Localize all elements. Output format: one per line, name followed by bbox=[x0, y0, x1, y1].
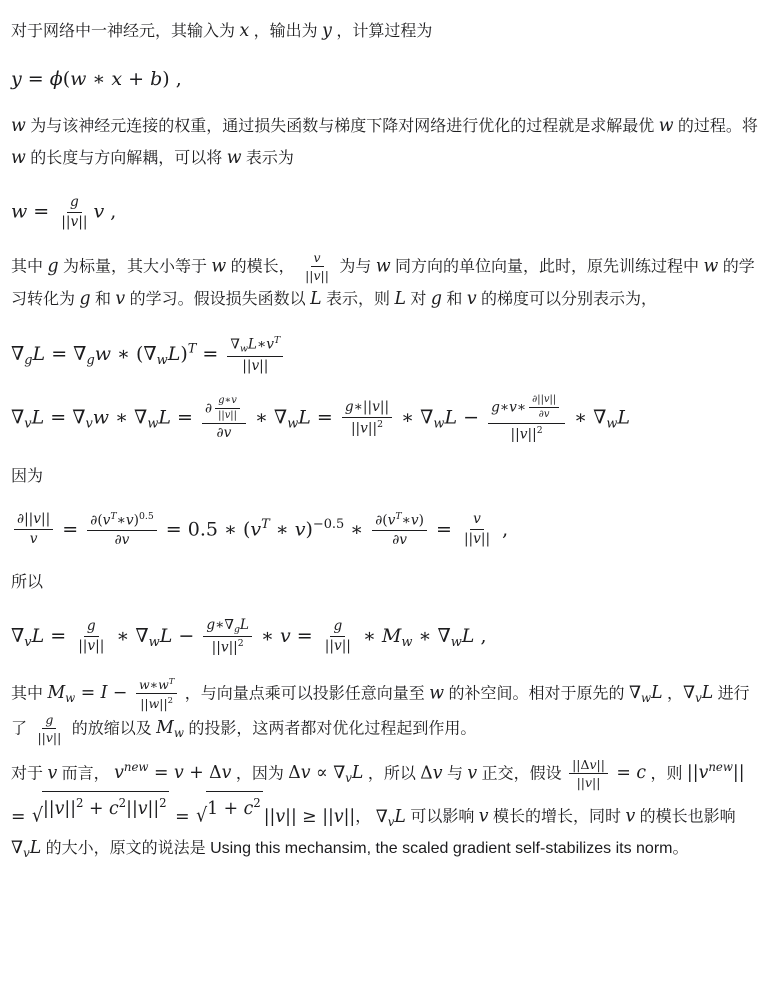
math-var: v bbox=[55, 799, 65, 819]
math-op: ∂( bbox=[375, 512, 387, 528]
subscript: w bbox=[157, 353, 168, 368]
math-op: ) , bbox=[162, 68, 182, 90]
superscript: T bbox=[274, 335, 280, 346]
math-op: || bbox=[342, 638, 351, 654]
text-run: 同方向的单位向量，此时，原先训练过程中 bbox=[391, 258, 704, 275]
text-run: 可以影响 bbox=[406, 809, 479, 826]
paragraph: 因为 bbox=[11, 462, 761, 492]
math-op: ∗ bbox=[86, 68, 111, 90]
sqrt-expression: √1 + c2 bbox=[196, 791, 263, 826]
math-var: v bbox=[30, 531, 38, 547]
math-op: ∝ bbox=[311, 763, 334, 783]
math-var: v bbox=[46, 730, 53, 745]
superscript: 0.5 bbox=[139, 511, 154, 522]
math-fraction: v||v|| bbox=[461, 511, 493, 548]
math-op: ∂ bbox=[205, 400, 212, 416]
math-var: L bbox=[33, 343, 46, 365]
text-run: 对于 bbox=[11, 765, 47, 782]
denominator: ∂v bbox=[112, 531, 133, 549]
inline-math: ∇vL bbox=[683, 683, 713, 703]
text-run: ，所以 bbox=[363, 765, 420, 782]
numerator: ∂||v|| bbox=[14, 511, 53, 530]
inline-math: v bbox=[47, 763, 57, 783]
math-var: g bbox=[47, 256, 58, 276]
math-op: = bbox=[430, 518, 458, 540]
text-run: 而言， bbox=[57, 765, 114, 782]
math-op: || bbox=[64, 799, 76, 819]
paragraph: w 为与该神经元连接的权重，通过损失函数与梯度下降对网络进行优化的过程就是求解最… bbox=[11, 111, 761, 175]
math-var: v bbox=[372, 399, 380, 415]
math-op: ∇ bbox=[134, 407, 147, 429]
math-op: ∗ bbox=[517, 399, 526, 415]
math-var: v bbox=[433, 763, 443, 783]
math-var: v bbox=[345, 771, 352, 785]
text-run: ，与向量点乘可以投影任意向量至 bbox=[180, 685, 429, 702]
math-var: v bbox=[314, 268, 321, 283]
math-op: || bbox=[53, 730, 61, 745]
math-var: y bbox=[11, 68, 22, 90]
math-fraction: g||v|| bbox=[322, 618, 354, 655]
numerator: g∗||v|| bbox=[342, 399, 392, 418]
math-var: v bbox=[24, 417, 31, 432]
subscript: v bbox=[345, 771, 352, 785]
display-formula: ∂||v||v = ∂(vT∗v)0.5∂v = 0.5 ∗ (vT ∗ v)−… bbox=[11, 511, 761, 550]
inline-math: g bbox=[431, 289, 442, 309]
inline-math: g||v|| bbox=[31, 718, 67, 738]
math-op: || bbox=[368, 421, 377, 437]
inline-math: ∇wL bbox=[629, 683, 663, 703]
subscript: v bbox=[85, 417, 92, 432]
math-op: 2 bbox=[168, 695, 173, 705]
math-var: w bbox=[70, 68, 86, 90]
math-var: v bbox=[174, 763, 184, 783]
numerator: ||Δv|| bbox=[569, 757, 608, 775]
math-op: = bbox=[75, 683, 100, 703]
math-var: M bbox=[382, 625, 401, 647]
text-run: 的模长， bbox=[226, 258, 299, 275]
inline-math: g bbox=[47, 256, 58, 276]
math-op: Δ bbox=[420, 763, 432, 783]
text-run: 和 bbox=[442, 291, 467, 308]
math-var: v bbox=[23, 846, 30, 860]
math-var: L bbox=[617, 407, 630, 429]
math-op: ∗ bbox=[257, 336, 266, 352]
math-var: T bbox=[274, 335, 280, 346]
inline-math: w bbox=[227, 148, 242, 168]
text-run: 为与该神经元连接的权重，通过损失函数与梯度下降对网络进行优化的过程就是求解最优 bbox=[26, 118, 659, 135]
math-var: T bbox=[169, 676, 175, 686]
text-run: 其中 bbox=[11, 258, 47, 275]
denominator: ||v|| bbox=[302, 267, 332, 284]
numerator: v bbox=[470, 511, 484, 530]
math-op: || bbox=[95, 638, 104, 654]
denominator: ||v|| bbox=[34, 729, 64, 746]
math-var: w bbox=[433, 417, 444, 432]
math-var: L bbox=[352, 763, 363, 783]
math-var: g bbox=[70, 194, 79, 210]
inline-math: v bbox=[467, 289, 477, 309]
math-op: = bbox=[170, 807, 195, 827]
math-var: g bbox=[491, 399, 500, 415]
math-var: L bbox=[310, 289, 321, 309]
math-var: v bbox=[126, 512, 134, 528]
text-run: 的学习。假设损失函数以 bbox=[125, 291, 310, 308]
math-var: L bbox=[444, 407, 457, 429]
inline-math: w bbox=[11, 116, 26, 136]
math-op: || bbox=[511, 426, 520, 442]
math-var: v bbox=[544, 409, 550, 420]
math-op: ∇ bbox=[230, 336, 240, 352]
inline-math: w bbox=[11, 148, 26, 168]
text-run: ，因为 bbox=[231, 765, 288, 782]
text-run: ， bbox=[355, 809, 375, 826]
math-var: w bbox=[157, 353, 168, 368]
math-fraction: v||v|| bbox=[302, 250, 332, 284]
superscript: 2 bbox=[537, 425, 543, 436]
numerator: g∗∇gL bbox=[203, 617, 252, 638]
math-var: g bbox=[87, 618, 96, 634]
paragraph: 对于 v 而言， vnew = v + Δv ，因为 Δv ∝ ∇vL ，所以 … bbox=[11, 757, 761, 866]
subscript: g bbox=[86, 353, 94, 368]
math-fraction: ∂(vT∗v)0.5∂v bbox=[87, 511, 157, 550]
math-var: g bbox=[206, 617, 215, 633]
display-formula: w = g||v||v , bbox=[11, 194, 761, 231]
math-var: v bbox=[250, 518, 261, 540]
math-var: v bbox=[93, 200, 104, 222]
math-op: || bbox=[325, 638, 334, 654]
math-op: ∗ bbox=[395, 407, 420, 429]
math-op: ∗ bbox=[150, 677, 158, 692]
math-fraction: ∇wL∗vT||v|| bbox=[227, 335, 283, 375]
math-var: new bbox=[708, 761, 733, 775]
math-var: v bbox=[301, 763, 311, 783]
inline-math: v bbox=[467, 763, 477, 783]
math-var: v bbox=[699, 763, 709, 783]
math-op: ∗ bbox=[402, 512, 411, 528]
math-var: L bbox=[32, 625, 45, 647]
math-var: x bbox=[111, 68, 122, 90]
math-var: v bbox=[295, 518, 306, 540]
radical-sign-icon: √ bbox=[32, 806, 43, 825]
subscript: w bbox=[147, 417, 158, 432]
math-var: L bbox=[158, 407, 171, 429]
math-var: L bbox=[168, 343, 181, 365]
math-op: || bbox=[597, 757, 605, 772]
math-fraction: g||v|| bbox=[58, 194, 90, 231]
math-var: v bbox=[275, 807, 285, 827]
math-op: ∇ bbox=[274, 407, 287, 429]
inline-math: Mw bbox=[156, 718, 184, 738]
math-var: M bbox=[156, 718, 174, 738]
math-var: v bbox=[411, 512, 419, 528]
math-var: w bbox=[704, 256, 719, 276]
math-op: ) bbox=[180, 343, 187, 365]
math-op: || bbox=[464, 531, 473, 547]
math-op: 2 bbox=[76, 796, 83, 810]
superscript: new bbox=[708, 761, 733, 775]
math-op: ∇ bbox=[73, 343, 86, 365]
denominator: ||v|| bbox=[239, 357, 271, 375]
superscript: T bbox=[169, 676, 175, 686]
subscript: w bbox=[65, 691, 75, 705]
math-op: = bbox=[44, 625, 72, 647]
math-var: v bbox=[224, 425, 232, 441]
math-op: || bbox=[148, 799, 160, 819]
math-var: b bbox=[150, 68, 162, 90]
math-op: + Δ bbox=[184, 763, 222, 783]
denominator: ||v|| bbox=[322, 637, 354, 655]
math-op: , bbox=[474, 625, 486, 647]
inline-math: w bbox=[704, 256, 719, 276]
text-run: 模长的增长，同时 bbox=[489, 809, 626, 826]
math-var: v bbox=[334, 807, 344, 827]
text-run: 正交，假设 bbox=[477, 765, 566, 782]
math-var: v bbox=[114, 763, 124, 783]
math-op: || bbox=[687, 763, 699, 783]
math-op: + bbox=[84, 799, 109, 819]
math-var: T bbox=[261, 516, 270, 531]
math-op: ( bbox=[63, 68, 70, 90]
math-op: ∇ bbox=[135, 625, 148, 647]
math-fraction: ∂(vT∗v)∂v bbox=[372, 511, 427, 550]
math-op: ∇ bbox=[629, 683, 641, 703]
math-op: − bbox=[107, 683, 132, 703]
math-var: v bbox=[399, 532, 407, 548]
math-fraction: w∗wT||w||2 bbox=[136, 676, 177, 712]
math-var: L bbox=[462, 625, 475, 647]
math-var: v bbox=[222, 763, 232, 783]
text-run: 与 bbox=[443, 765, 468, 782]
math-var: c bbox=[244, 799, 254, 819]
subscript: w bbox=[641, 691, 651, 705]
numerator: w∗wT bbox=[136, 676, 177, 694]
math-op: ∗ bbox=[255, 625, 280, 647]
text-run: ，计算过程为 bbox=[332, 23, 432, 40]
text-run: 的补空间。相对于原先的 bbox=[444, 685, 629, 702]
math-op: || bbox=[126, 799, 138, 819]
math-op: = bbox=[291, 625, 319, 647]
inline-math: x bbox=[239, 21, 249, 41]
math-op: || bbox=[321, 268, 329, 283]
math-op: ∗ bbox=[412, 625, 437, 647]
math-op: || bbox=[577, 775, 585, 790]
math-var: L bbox=[248, 336, 257, 352]
math-fraction: g∗||v||||v||2 bbox=[342, 399, 392, 438]
math-var: y bbox=[322, 21, 332, 41]
math-fraction: g||v|| bbox=[34, 712, 64, 746]
denominator: ||w||2 bbox=[137, 694, 176, 711]
superscript: T bbox=[261, 516, 270, 531]
inline-math: v||v|| bbox=[299, 256, 335, 276]
numerator: g∗v∗∂||v||∂v bbox=[488, 394, 565, 424]
text-run: 对于网络中一神经元，其输入为 bbox=[11, 23, 239, 40]
math-var: g bbox=[333, 618, 342, 634]
math-op: + bbox=[122, 68, 150, 90]
math-op: || bbox=[264, 807, 276, 827]
display-formula: ∇gL = ∇gw ∗ (∇wL)T = ∇wL∗vT||v|| bbox=[11, 335, 761, 375]
math-op: || ≥ || bbox=[285, 807, 334, 827]
math-var: L bbox=[298, 407, 311, 429]
math-var: w bbox=[376, 256, 391, 276]
inline-math: ∇vL bbox=[376, 807, 406, 827]
math-var: w bbox=[211, 256, 226, 276]
numerator: ∂||v|| bbox=[529, 394, 559, 408]
math-op: ∇ bbox=[683, 683, 695, 703]
math-var: L bbox=[160, 625, 173, 647]
denominator: ||v|| bbox=[75, 637, 107, 655]
subscript: v bbox=[24, 417, 31, 432]
inline-math: L bbox=[310, 289, 321, 309]
superscript: 2 bbox=[119, 796, 126, 810]
inline-math: g bbox=[79, 289, 90, 309]
math-var: L bbox=[32, 407, 45, 429]
math-var: ϕ bbox=[50, 68, 63, 90]
numerator: ∂g∗v||v|| bbox=[202, 395, 246, 425]
math-var: v bbox=[33, 511, 41, 527]
subscript: w bbox=[433, 417, 444, 432]
inline-math: L bbox=[394, 289, 405, 309]
numerator: g bbox=[67, 194, 82, 213]
math-var: w bbox=[451, 635, 462, 650]
math-var: v bbox=[334, 638, 342, 654]
subscript: v bbox=[695, 691, 702, 705]
text-run: 的梯度可以分别表示为， bbox=[477, 291, 657, 308]
math-op: ∗ bbox=[110, 625, 135, 647]
math-var: c bbox=[109, 799, 119, 819]
math-var: g bbox=[24, 353, 32, 368]
numerator: g bbox=[42, 712, 56, 730]
numerator: ∇wL∗vT bbox=[227, 335, 283, 357]
inline-math: Δv ∝ ∇vL bbox=[288, 763, 363, 783]
math-op: || bbox=[344, 807, 356, 827]
math-var: c bbox=[636, 763, 646, 783]
text-run: 表示，则 bbox=[322, 291, 395, 308]
math-op: ∇ bbox=[11, 625, 24, 647]
paragraph: 其中 Mw = I − w∗wT||w||2 ，与向量点乘可以投影任意向量至 w… bbox=[11, 676, 761, 746]
superscript: 2 bbox=[253, 796, 260, 810]
math-op: ) bbox=[419, 512, 424, 528]
inline-math: w bbox=[659, 116, 674, 136]
text-run: 表示为 bbox=[241, 150, 293, 167]
inline-math: w bbox=[429, 683, 444, 703]
math-var: v bbox=[695, 691, 702, 705]
math-op: || bbox=[159, 696, 167, 711]
text-run: 为与 bbox=[335, 258, 376, 275]
text-run: 的放缩以及 bbox=[67, 720, 156, 737]
math-op: || bbox=[259, 358, 268, 374]
math-op: ) bbox=[305, 518, 312, 540]
text-run: 的投影，这两者都对优化过程起到作用。 bbox=[184, 720, 476, 737]
inline-math: v bbox=[115, 289, 125, 309]
math-op: = bbox=[171, 407, 199, 429]
math-op: ∂ bbox=[115, 532, 122, 548]
math-var: w bbox=[95, 343, 111, 365]
inline-math: v bbox=[625, 807, 635, 827]
denominator: ||v|| bbox=[215, 409, 240, 422]
math-op: ∗ bbox=[270, 518, 295, 540]
math-var: w bbox=[11, 200, 27, 222]
subscript: w bbox=[401, 635, 412, 650]
math-op: || bbox=[212, 640, 221, 656]
math-var: v bbox=[24, 635, 31, 650]
superscript: 2 bbox=[168, 695, 173, 705]
math-fraction: g∗∇gL||v||2 bbox=[203, 617, 252, 657]
superscript: 2 bbox=[76, 796, 83, 810]
math-fraction: g||v|| bbox=[75, 618, 107, 655]
math-var: x bbox=[239, 21, 249, 41]
text-run: 其中 bbox=[11, 685, 47, 702]
math-var: v bbox=[509, 399, 517, 415]
math-op: ∗ bbox=[109, 407, 134, 429]
denominator: ||v|| bbox=[574, 774, 604, 791]
text-run: 因为 bbox=[11, 468, 43, 485]
math-fraction: ∂||v||∂v bbox=[529, 394, 559, 422]
text-run: ， bbox=[663, 685, 683, 702]
math-op: || bbox=[549, 394, 556, 405]
text-run: 为标量，其大小等于 bbox=[59, 258, 212, 275]
math-var: v bbox=[47, 763, 57, 783]
paragraph: 其中 g 为标量，其大小等于 w 的模长， v||v|| 为与 w 同方向的单位… bbox=[11, 250, 761, 316]
math-var: L bbox=[30, 838, 41, 858]
math-var: v bbox=[266, 336, 274, 352]
math-op: ∗ ( bbox=[111, 343, 143, 365]
math-op: , bbox=[496, 518, 508, 540]
math-op: 1 + bbox=[207, 799, 243, 819]
denominator: ||v|| bbox=[58, 213, 90, 231]
inline-math: vnew = v + Δv bbox=[114, 763, 231, 783]
text-run: 和 bbox=[91, 291, 116, 308]
paragraph: 所以 bbox=[11, 568, 761, 598]
numerator: g bbox=[84, 618, 99, 637]
math-fraction: ∂g∗v||v||∂v bbox=[202, 395, 246, 443]
math-var: w bbox=[147, 417, 158, 432]
math-op: 2 bbox=[253, 796, 260, 810]
math-var: M bbox=[47, 683, 65, 703]
math-op: || bbox=[230, 410, 237, 421]
math-var: v bbox=[589, 757, 596, 772]
text-run: 对 bbox=[406, 291, 431, 308]
math-var: w bbox=[149, 635, 160, 650]
math-op: = bbox=[27, 200, 55, 222]
inline-math: v bbox=[479, 807, 489, 827]
math-op: || bbox=[229, 640, 238, 656]
radicand: 1 + c2 bbox=[206, 791, 263, 826]
math-var: L bbox=[702, 683, 713, 703]
math-op: − bbox=[172, 625, 200, 647]
text-run: ，输出为 bbox=[249, 23, 322, 40]
math-var: w bbox=[606, 417, 617, 432]
math-op: ∇ bbox=[437, 625, 450, 647]
subscript: w bbox=[606, 417, 617, 432]
subscript: g bbox=[24, 353, 32, 368]
math-var: g bbox=[79, 289, 90, 309]
math-var: w bbox=[429, 683, 444, 703]
math-op: ∇ bbox=[224, 617, 234, 633]
text-run: 的大小，原文的说法是 Using this mechansim, the sca… bbox=[41, 840, 688, 857]
numerator: ∂(vT∗v) bbox=[372, 511, 427, 532]
subscript: w bbox=[174, 726, 184, 740]
math-op: ∗ bbox=[249, 407, 274, 429]
math-var: v bbox=[360, 421, 368, 437]
math-op: ∗ bbox=[117, 512, 126, 528]
math-op: ∇ bbox=[11, 407, 24, 429]
math-op: || bbox=[305, 268, 313, 283]
math-op: ∗ bbox=[215, 617, 224, 633]
math-op: || bbox=[351, 421, 360, 437]
math-op: ∇ bbox=[593, 407, 606, 429]
denominator: ||v||2 bbox=[209, 637, 247, 657]
math-op: ∂ bbox=[217, 425, 224, 441]
